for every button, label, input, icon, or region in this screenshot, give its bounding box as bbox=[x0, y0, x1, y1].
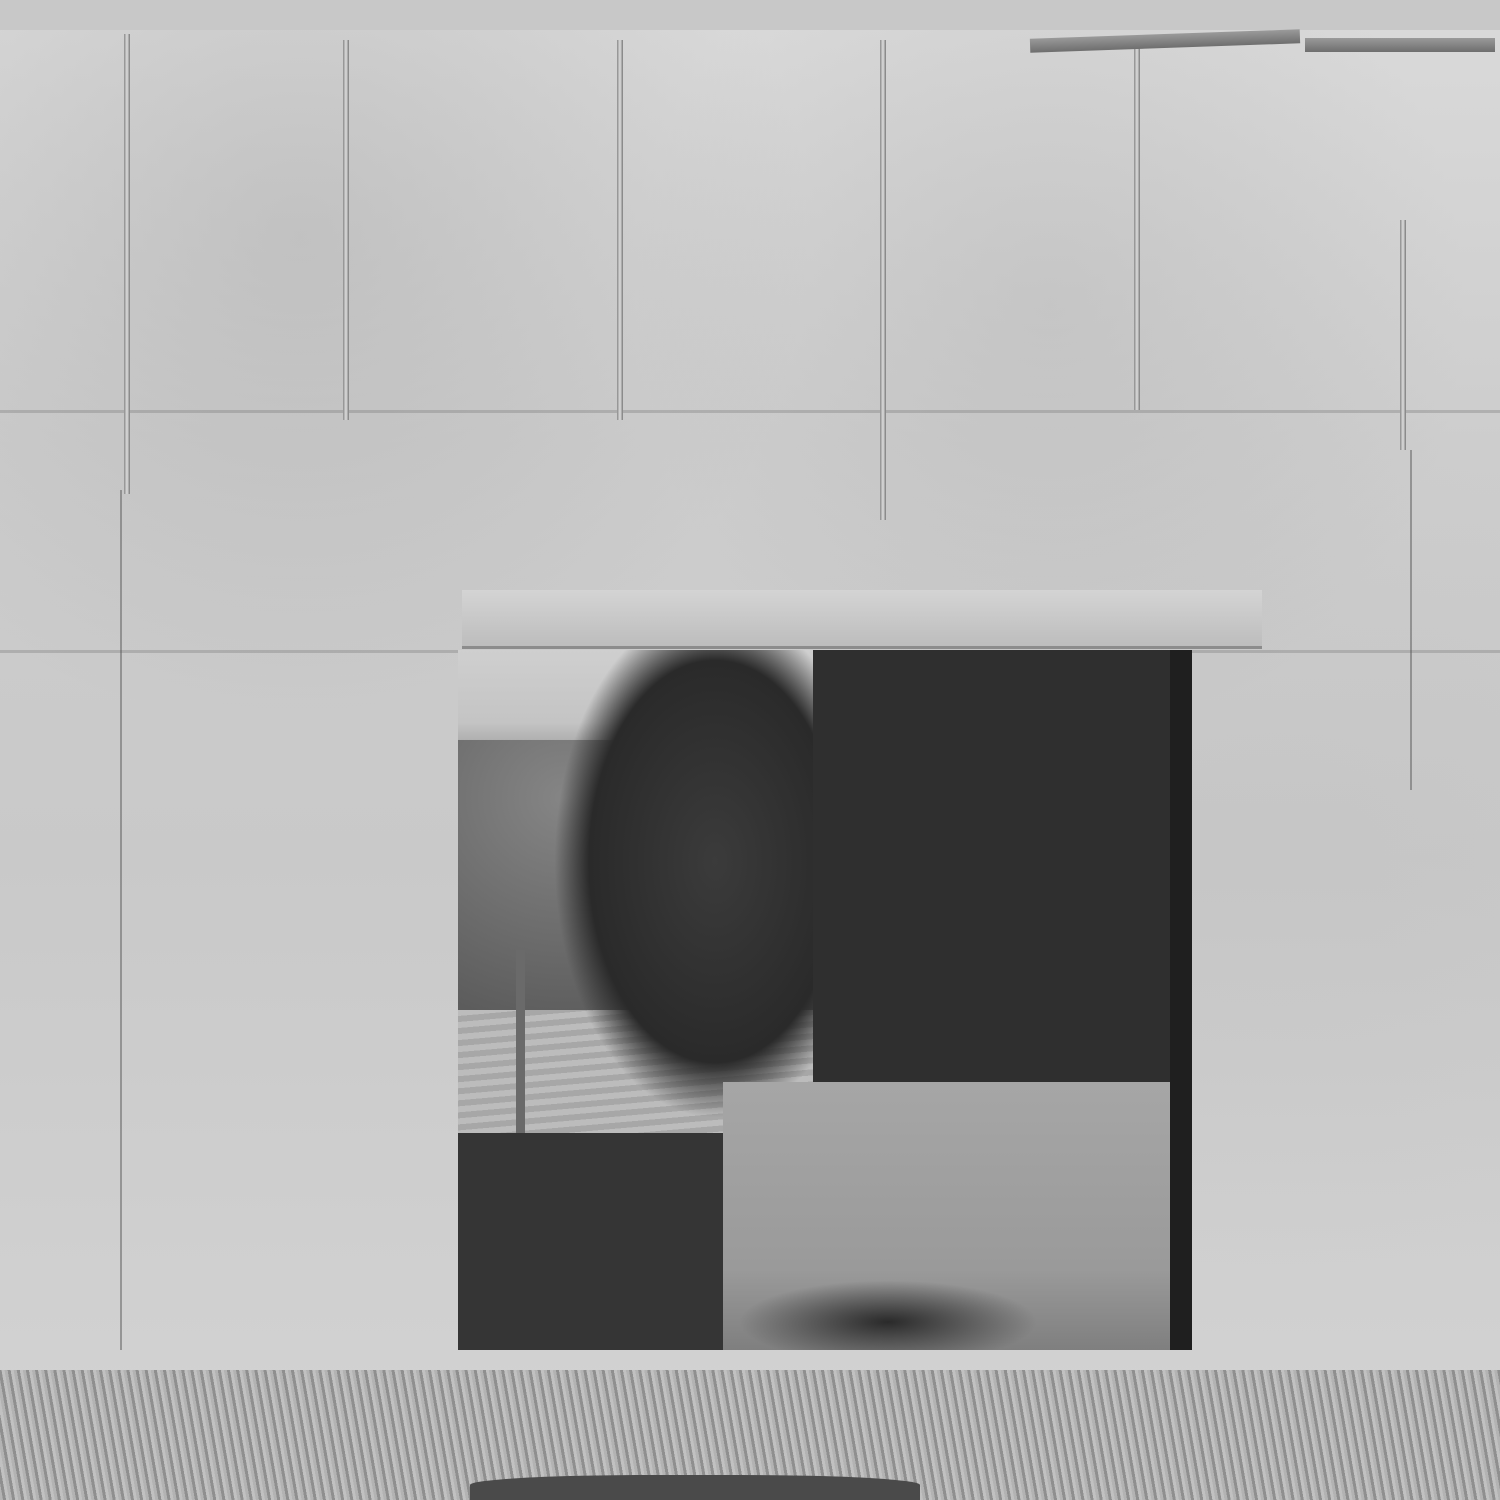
wooden-post bbox=[880, 40, 886, 520]
wooden-post bbox=[1400, 220, 1406, 450]
wood-beam bbox=[1305, 38, 1495, 52]
wooden-post bbox=[617, 40, 623, 420]
wall-opening bbox=[458, 650, 1192, 1350]
wooden-post bbox=[343, 40, 349, 420]
interior-wall-shadow bbox=[813, 650, 1192, 1082]
ground-shadow bbox=[470, 1475, 920, 1500]
photo-scene bbox=[0, 0, 1500, 1500]
pine-tree bbox=[553, 650, 823, 1120]
wall-crack bbox=[1410, 450, 1412, 790]
wooden-post bbox=[1134, 40, 1140, 410]
pour-line bbox=[0, 410, 1500, 413]
sky-strip bbox=[0, 0, 1500, 34]
wall-crack bbox=[120, 490, 122, 1350]
utility-pole bbox=[516, 950, 525, 1133]
wood-beam bbox=[1030, 29, 1300, 52]
wooden-post bbox=[124, 34, 130, 494]
interior-low-shadow bbox=[458, 1133, 728, 1350]
lintel bbox=[462, 590, 1262, 649]
rubble bbox=[738, 1280, 1038, 1350]
door-jamb bbox=[1170, 650, 1192, 1350]
